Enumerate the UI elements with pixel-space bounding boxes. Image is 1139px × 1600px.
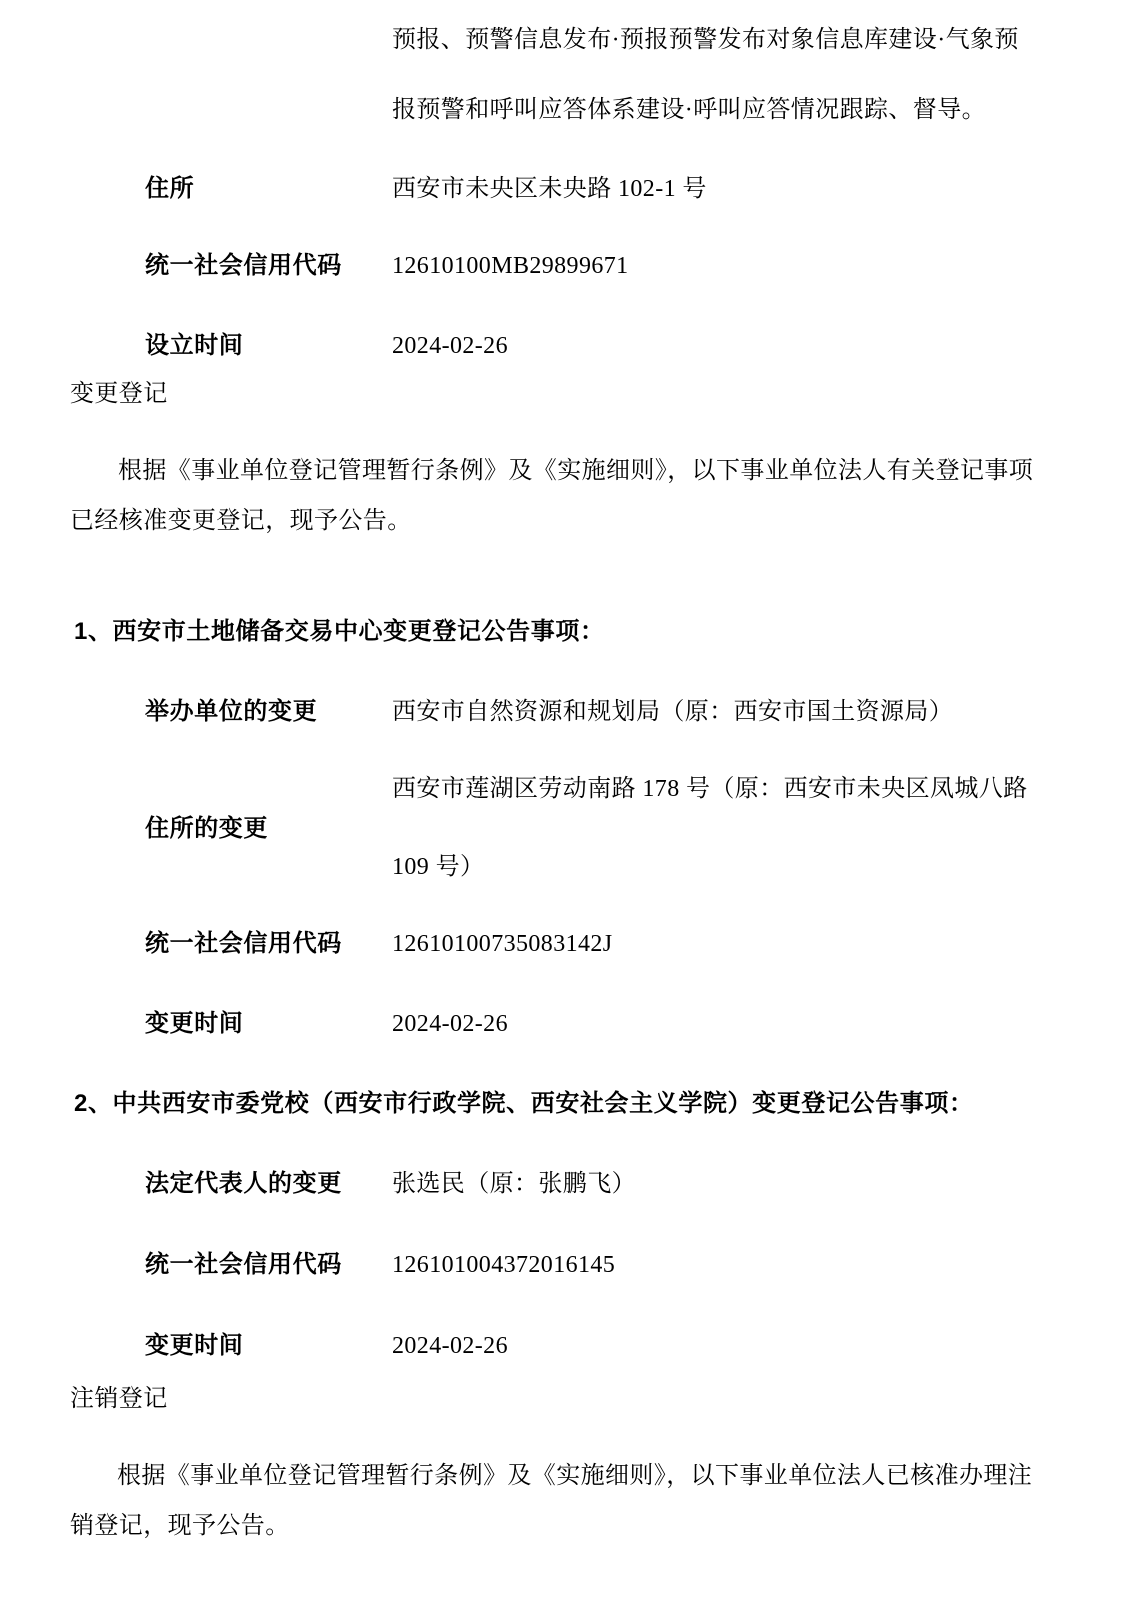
change-intro-line-2: 已经核准变更登记，现予公告。 xyxy=(70,507,412,535)
field-value-credit-code-item2: 126101004372016145 xyxy=(392,1251,615,1279)
field-value-address: 西安市未央区未央路 102-1 号 xyxy=(392,175,707,203)
field-label-credit-code: 统一社会信用代码 xyxy=(145,252,342,280)
field-label-change-date-item1: 变更时间 xyxy=(145,1010,243,1038)
field-label-change-date-item2: 变更时间 xyxy=(145,1332,243,1360)
carryover-scope-line-2: 报预警和呼叫应答体系建设·呼叫应答情况跟踪、督导。 xyxy=(392,96,986,124)
field-label-credit-code-item2: 统一社会信用代码 xyxy=(145,1251,342,1279)
field-label-credit-code-item1: 统一社会信用代码 xyxy=(145,930,342,958)
field-value-establish-date: 2024-02-26 xyxy=(392,332,508,360)
field-label-sponsor-change: 举办单位的变更 xyxy=(145,698,317,726)
field-value-sponsor-change: 西安市自然资源和规划局（原：西安市国土资源局） xyxy=(392,698,953,726)
field-value-change-date-item2: 2024-02-26 xyxy=(392,1332,508,1360)
field-value-credit-code-item1: 12610100735083142J xyxy=(392,930,613,958)
field-value-change-date-item1: 2024-02-26 xyxy=(392,1010,508,1038)
cancellation-intro-line-2: 销登记，现予公告。 xyxy=(70,1512,290,1540)
change-intro-line-1: 根据《事业单位登记管理暂行条例》及《实施细则》，以下事业单位法人有关登记事项 xyxy=(118,457,1033,485)
change-item-2-heading: 2、中共西安市委党校（西安市行政学院、西安社会主义学院）变更登记公告事项： xyxy=(74,1090,974,1118)
document-page: 预报、预警信息发布·预报预警发布对象信息库建设·气象预 报预警和呼叫应答体系建设… xyxy=(0,0,1139,1600)
field-value-credit-code: 12610100MB29899671 xyxy=(392,252,629,280)
carryover-scope-line-1: 预报、预警信息发布·预报预警发布对象信息库建设·气象预 xyxy=(392,26,1019,54)
field-label-address: 住所 xyxy=(145,175,194,203)
field-label-address-change: 住所的变更 xyxy=(145,815,268,843)
change-item-1-heading: 1、西安市土地储备交易中心变更登记公告事项： xyxy=(74,618,605,646)
field-value-address-change-line-2: 109 号） xyxy=(392,853,484,881)
field-label-establish-date: 设立时间 xyxy=(145,332,243,360)
field-value-legal-rep-change: 张选民（原：张鹏飞） xyxy=(392,1170,636,1198)
field-value-address-change-line-1: 西安市莲湖区劳动南路 178 号（原：西安市未央区凤城八路 xyxy=(392,775,1028,803)
section-title-change-registration: 变更登记 xyxy=(70,380,168,408)
section-title-cancellation-registration: 注销登记 xyxy=(70,1385,168,1413)
field-label-legal-rep-change: 法定代表人的变更 xyxy=(145,1170,342,1198)
cancellation-intro-line-1: 根据《事业单位登记管理暂行条例》及《实施细则》，以下事业单位法人已核准办理注 xyxy=(117,1462,1032,1490)
